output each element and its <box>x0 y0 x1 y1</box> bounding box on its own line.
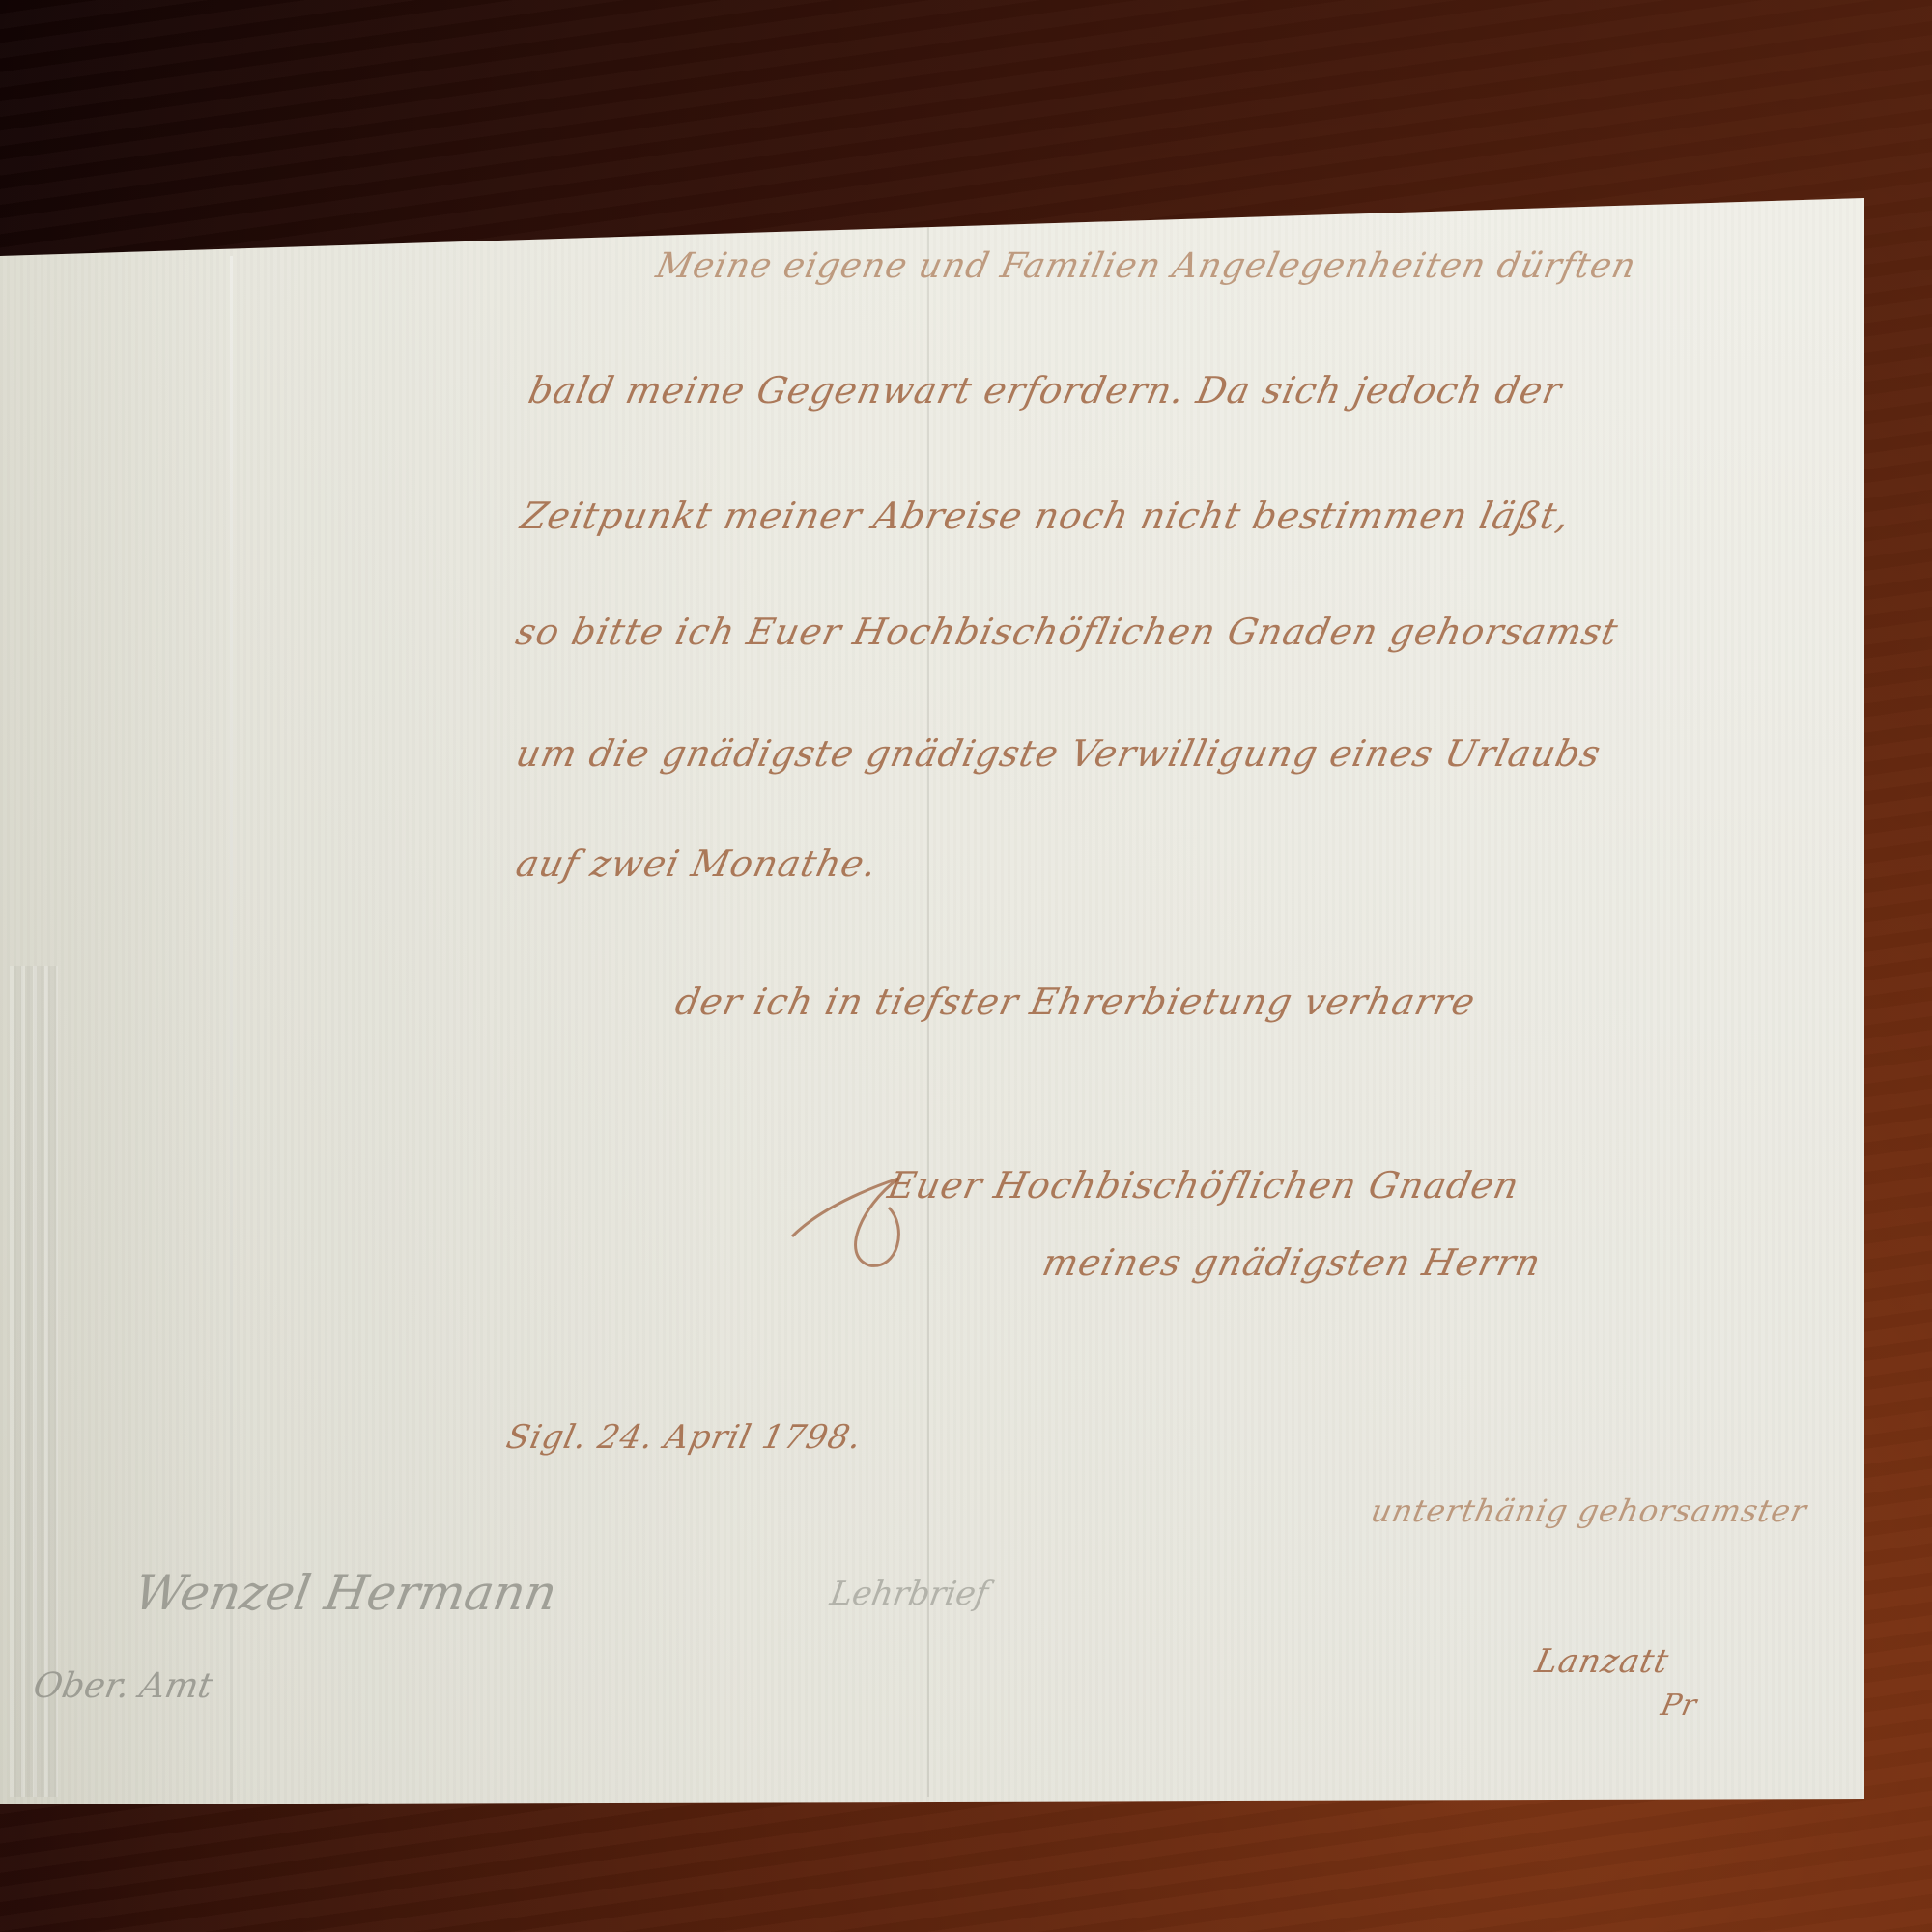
signature-suffix: Pr <box>1658 1689 1700 1722</box>
pencil-annotation: Lehrbrief <box>827 1575 991 1613</box>
letter-date: Sigl. 24. April 1798. <box>503 1418 866 1457</box>
signature-name: Lanzatt <box>1532 1642 1673 1681</box>
pencil-name-note: Wenzel Hermann <box>130 1565 561 1621</box>
body-line-2: bald meine Gegenwart erfordern. Da sich … <box>525 369 1566 412</box>
body-line-3: Zeitpunkt meiner Abreise noch nicht best… <box>517 495 1574 537</box>
closing-line: der ich in tiefster Ehrerbietung verharr… <box>671 980 1479 1023</box>
body-line-6: auf zwei Monathe. <box>512 842 881 885</box>
pencil-bottom-note: Ober. Amt <box>30 1666 215 1706</box>
body-line-5: um die gnädigste gnädigste Verwilligung … <box>512 732 1605 775</box>
body-line-4: so bitte ich Euer Hochbischöflichen Gnad… <box>512 611 1622 653</box>
body-line-1: Meine eigene und Familien Angelegenheite… <box>653 246 1640 286</box>
signature-line-1: unterthänig gehorsamster <box>1368 1492 1810 1529</box>
salutation-line-2: meines gnädigsten Herrn <box>1038 1241 1545 1284</box>
salutation-line-1: Euer Hochbischöflichen Gnaden <box>884 1164 1523 1207</box>
